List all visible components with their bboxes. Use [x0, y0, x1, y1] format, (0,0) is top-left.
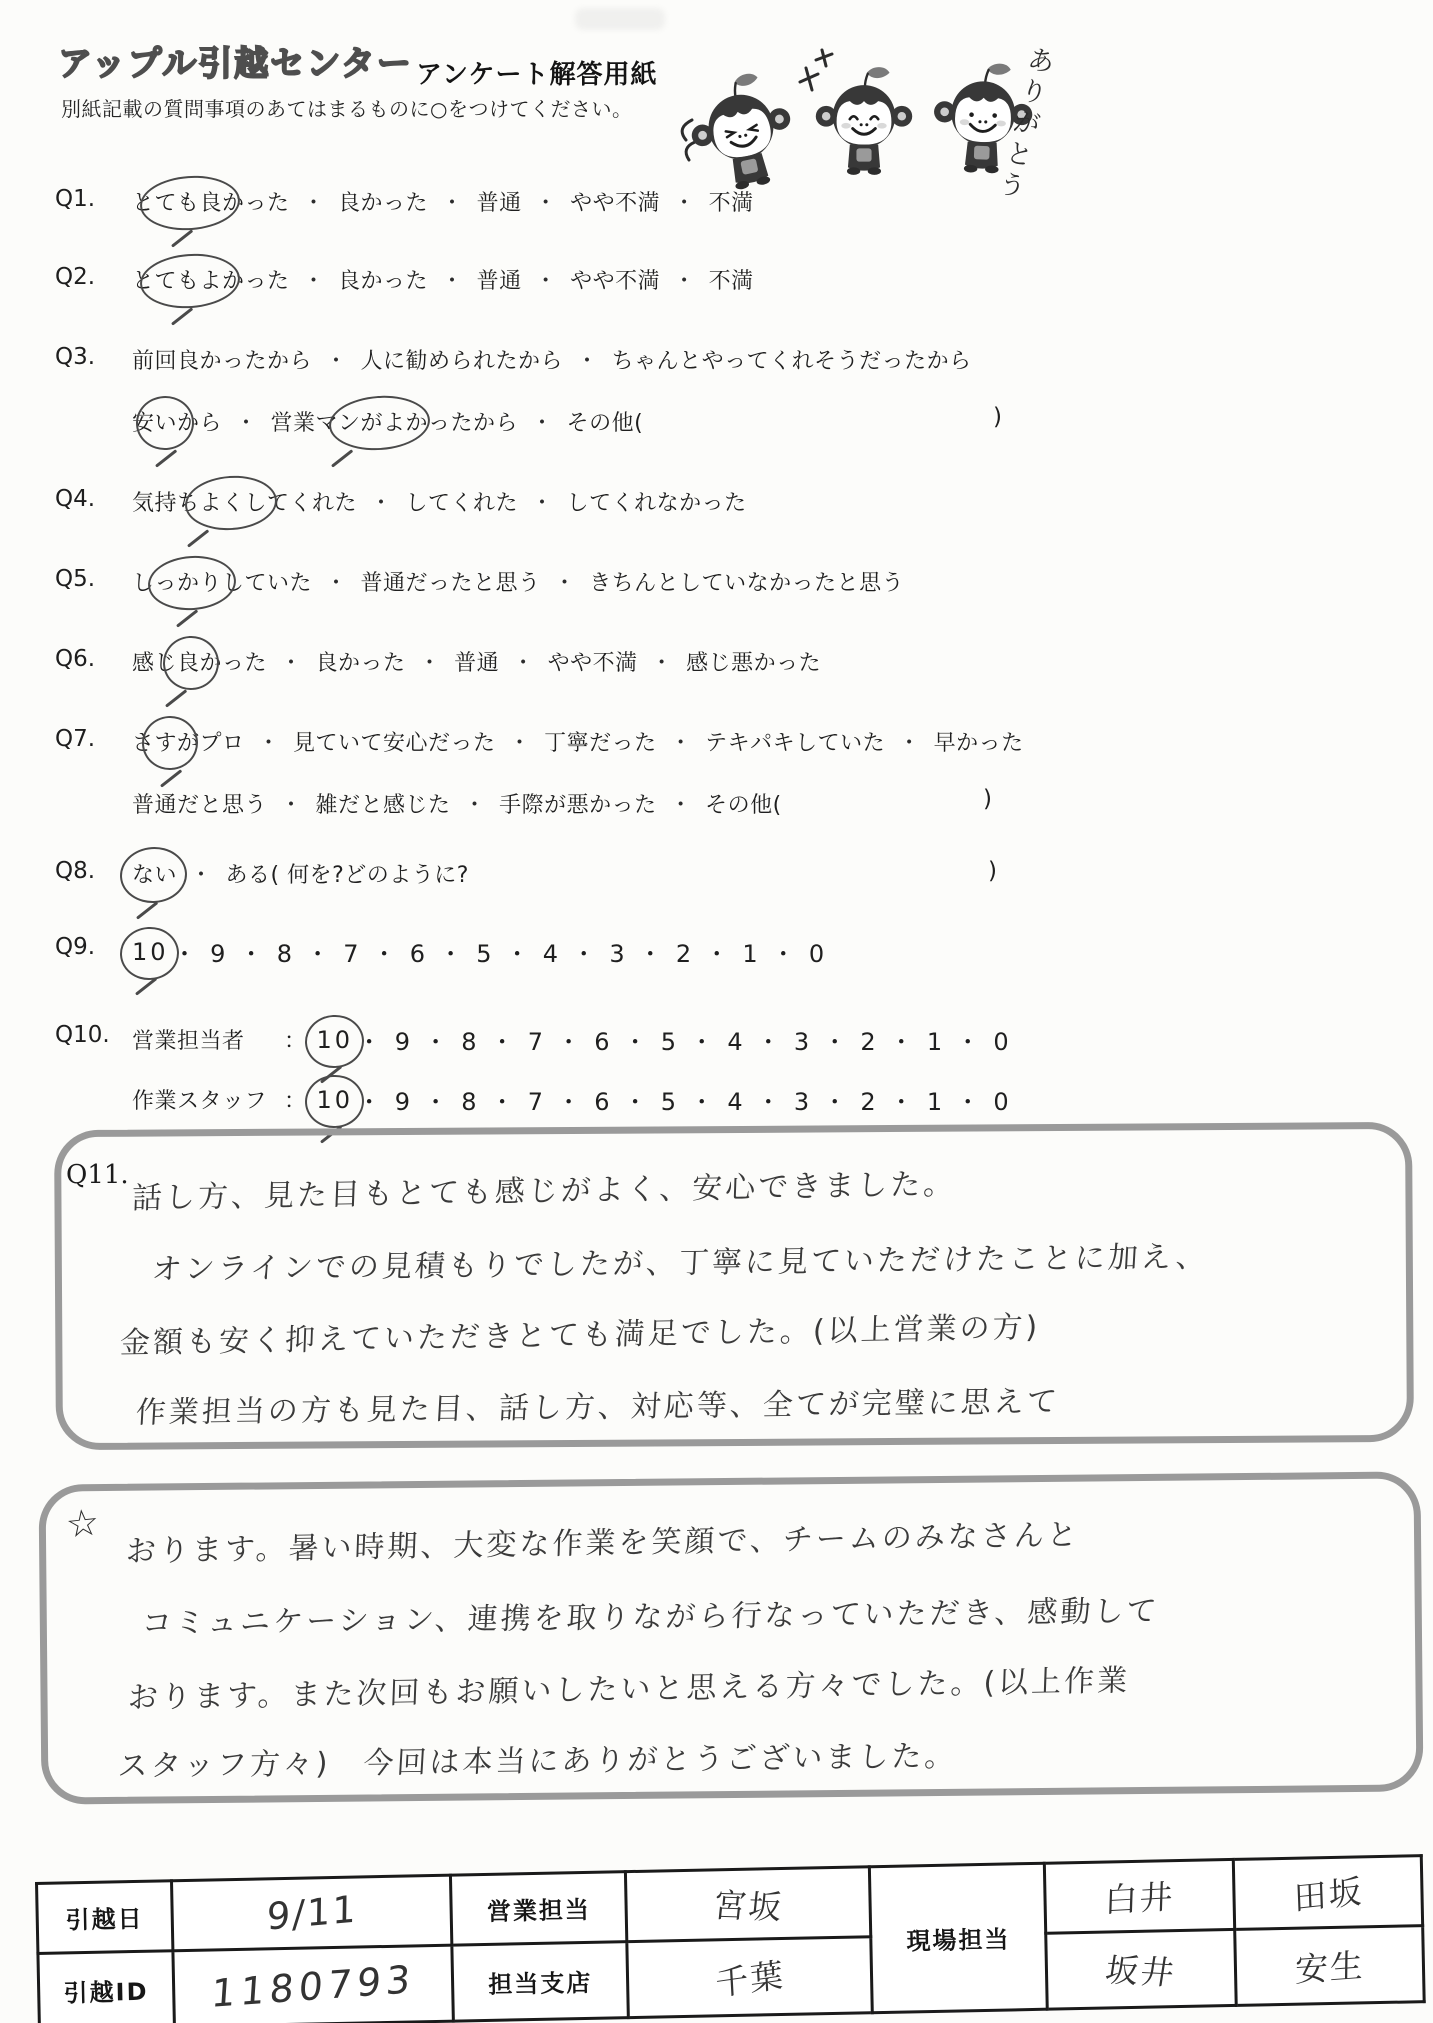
move-date-value: 9/11	[171, 1875, 452, 1951]
q7-option: 普通だと思う	[130, 788, 269, 819]
q10-row-label: 営業担当者	[130, 1024, 270, 1055]
move-id-label: 引越ID	[38, 1951, 174, 2023]
star-icon: ☆	[64, 1500, 101, 1546]
branch-label: 担当支店	[452, 1942, 628, 2021]
q1-number: Q1.	[55, 186, 130, 212]
monkey-mascot-icon	[677, 64, 807, 200]
q2-option: 普通	[475, 264, 524, 295]
q7-option: 丁寧だった	[542, 726, 659, 757]
q4-number: Q4.	[55, 486, 130, 512]
q1-option: 良かった	[336, 186, 430, 217]
brand-logo-text: アップル引越センター	[58, 36, 413, 85]
q5-option-circled: しっかりしていた	[130, 566, 314, 597]
q1-option-circled: とても良かった	[130, 186, 292, 217]
q1-option: やや不満	[568, 186, 662, 217]
separator-dot: ・	[325, 344, 348, 375]
separator-dot: ・	[576, 344, 599, 375]
colon: ：	[284, 1024, 307, 1055]
q7-option: 見ていて安心だった	[291, 726, 498, 757]
separator-dot: ・	[370, 486, 393, 517]
q7-option: 手際が悪かった	[497, 788, 659, 819]
q3-option: 人に勧められたから	[359, 344, 566, 375]
separator-dot: ・	[280, 646, 303, 677]
separator-dot: ・	[325, 566, 348, 597]
separator-dot: ・	[670, 788, 693, 819]
q6-option: 普通	[452, 646, 501, 677]
separator-dot: ・	[303, 264, 326, 295]
separator-dot: ・	[531, 486, 554, 517]
q7-option: その他(	[703, 788, 784, 819]
site-staff-name: 坂井	[1046, 1929, 1237, 2009]
question-q4: Q4. 気持ちよくしてくれた ・ してくれた ・ してくれなかった	[55, 486, 749, 517]
q9-score-circled: 10	[130, 938, 171, 966]
question-q10-sales: Q10. 営業担当者 ： 10 ・ 9 ・ 8 ・ 7 ・ 6 ・ 5 ・ 4 …	[55, 1022, 1014, 1057]
separator-dot: ・	[190, 858, 213, 889]
q10-number: Q10.	[55, 1022, 130, 1048]
scan-smudge	[575, 8, 665, 30]
question-q7: Q7. さすがプロ ・ 見ていて安心だった ・ 丁寧だった ・ テキパキしていた…	[55, 726, 1026, 757]
separator-dot: ・	[258, 726, 281, 757]
q2-option-circled: とてもよかった	[130, 264, 292, 295]
q2-option: 良かった	[336, 264, 430, 295]
separator-dot: ・	[280, 788, 303, 819]
footer-info-table: 引越日 9/11 営業担当 宮坂 現場担当 白井 田坂 引越ID 1180793…	[35, 1854, 1426, 2023]
q7-option-circled: さすがプロ	[130, 726, 247, 757]
question-q3-line2: 安いから ・ 営業マンがよかったから ・ その他(	[130, 406, 645, 437]
q3-option-circled: 営業マンがよかったから	[269, 406, 521, 437]
q8-option-circled: ない	[130, 858, 179, 889]
q6-number: Q6.	[55, 646, 130, 672]
q11-number: Q11.	[66, 1160, 129, 1190]
separator-dot: ・	[673, 186, 696, 217]
site-staff-name: 田坂	[1234, 1856, 1423, 1930]
separator-dot: ・	[670, 726, 693, 757]
sales-rep-label: 営業担当	[451, 1872, 627, 1945]
separator-dot: ・	[512, 646, 535, 677]
separator-dot: ・	[535, 264, 558, 295]
q8-number: Q8.	[55, 858, 130, 884]
question-q6: Q6. 感じ良かった ・ 良かった ・ 普通 ・ やや不満 ・ 感じ悪かった	[55, 646, 823, 677]
q3-option-circled: 安いから	[130, 406, 224, 437]
question-q10-staff: 作業スタッフ ： 10 ・ 9 ・ 8 ・ 7 ・ 6 ・ 5 ・ 4 ・ 3 …	[130, 1082, 1014, 1117]
q10-scale: ・ 9 ・ 8 ・ 7 ・ 6 ・ 5 ・ 4 ・ 3 ・ 2 ・ 1 ・ 0	[355, 1022, 1014, 1057]
separator-dot: ・	[235, 406, 258, 437]
q3-option: その他(	[565, 406, 646, 437]
site-staff-name: 安生	[1235, 1926, 1424, 2006]
q7-close-paren: )	[983, 786, 992, 812]
q7-option: 早かった	[932, 726, 1026, 757]
q3-close-paren: )	[993, 404, 1002, 430]
q3-number: Q3.	[55, 344, 130, 370]
separator-dot: ・	[441, 264, 464, 295]
q4-option: してくれた	[404, 486, 521, 517]
question-q2: Q2. とてもよかった ・ 良かった ・ 普通 ・ やや不満 ・ 不満	[55, 264, 756, 295]
question-q8: Q8. ない ・ ある( 何を?どのように?	[55, 858, 471, 889]
q8-option: ある( 何を?どのように?	[224, 858, 471, 889]
q7-option: テキパキしていた	[703, 726, 887, 757]
q5-number: Q5.	[55, 566, 130, 592]
separator-dot: ・	[535, 186, 558, 217]
branch-value: 千葉	[627, 1937, 873, 2018]
q5-option: 普通だったと思う	[359, 566, 543, 597]
q9-scale: ・ 9 ・ 8 ・ 7 ・ 6 ・ 5 ・ 4 ・ 3 ・ 2 ・ 1 ・ 0	[171, 934, 830, 969]
site-staff-label: 現場担当	[870, 1863, 1047, 2012]
monkey-mascot-icon	[812, 64, 916, 178]
separator-dot: ・	[509, 726, 532, 757]
q7-option: 雑だと感じた	[314, 788, 453, 819]
q6-option: やや不満	[546, 646, 640, 677]
question-q3: Q3. 前回良かったから ・ 人に勧められたから ・ ちゃんとやってくれそうだっ…	[55, 344, 974, 375]
sales-rep-value: 宮坂	[625, 1867, 871, 1942]
q6-option-circled: 感じ良かった	[130, 646, 269, 677]
move-id-value: 1180793	[173, 1945, 454, 2023]
separator-dot: ・	[898, 726, 921, 757]
site-staff-name: 白井	[1044, 1859, 1235, 1933]
q2-option: やや不満	[568, 264, 662, 295]
instruction-text: 別紙記載の質問事項のあてはまるものに○をつけてください。	[61, 93, 632, 122]
q6-option: 良かった	[314, 646, 408, 677]
colon: ：	[284, 1084, 307, 1115]
q10-row-label: 作業スタッフ	[130, 1084, 270, 1115]
q1-option: 普通	[475, 186, 524, 217]
separator-dot: ・	[464, 788, 487, 819]
question-q1: Q1. とても良かった ・ 良かった ・ 普通 ・ やや不満 ・ 不満	[55, 186, 756, 217]
q7-number: Q7.	[55, 726, 130, 752]
q3-option: ちゃんとやってくれそうだったから	[610, 344, 974, 375]
q4-option: してくれなかった	[565, 486, 749, 517]
separator-dot: ・	[651, 646, 674, 677]
move-date-label: 引越日	[37, 1881, 173, 1954]
q2-option: 不満	[707, 264, 756, 295]
q8-close-paren: )	[988, 858, 997, 884]
separator-dot: ・	[531, 406, 554, 437]
question-q9: Q9. 10 ・ 9 ・ 8 ・ 7 ・ 6 ・ 5 ・ 4 ・ 3 ・ 2 ・…	[55, 934, 829, 969]
q2-number: Q2.	[55, 264, 130, 290]
separator-dot: ・	[419, 646, 442, 677]
sheet-title: アンケート解答用紙	[416, 54, 657, 91]
q3-option: 前回良かったから	[130, 344, 314, 375]
separator-dot: ・	[441, 186, 464, 217]
separator-dot: ・	[673, 264, 696, 295]
q10-scale: ・ 9 ・ 8 ・ 7 ・ 6 ・ 5 ・ 4 ・ 3 ・ 2 ・ 1 ・ 0	[355, 1082, 1014, 1117]
separator-dot: ・	[303, 186, 326, 217]
q10-score-circled: 10	[315, 1026, 356, 1054]
q5-option: きちんとしていなかったと思う	[587, 566, 906, 597]
question-q7-line2: 普通だと思う ・ 雑だと感じた ・ 手際が悪かった ・ その他(	[130, 788, 784, 819]
q9-number: Q9.	[55, 934, 130, 960]
q10-score-circled: 10	[315, 1086, 356, 1114]
separator-dot: ・	[554, 566, 577, 597]
q4-option-circled: 気持ちよくしてくれた	[130, 486, 359, 517]
question-q5: Q5. しっかりしていた ・ 普通だったと思う ・ きちんとしていなかったと思う	[55, 566, 906, 597]
q6-option: 感じ悪かった	[684, 646, 823, 677]
q1-option: 不満	[707, 186, 756, 217]
